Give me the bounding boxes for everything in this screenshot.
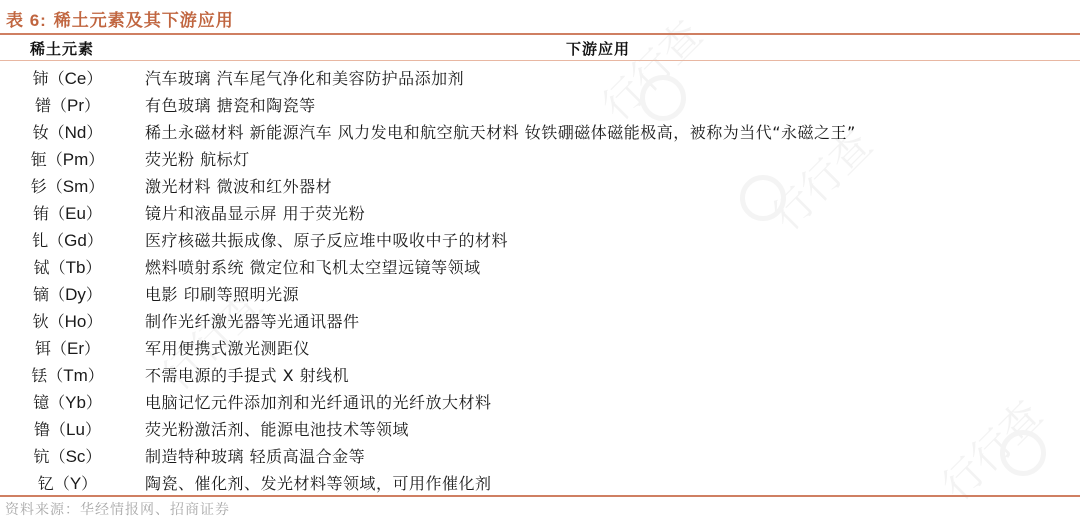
application-cell: 激光材料 微波和红外器材 [145,174,332,197]
element-name: 钕 [33,123,49,142]
paren-close: ） [85,420,101,439]
paren-open: （ [50,420,66,439]
element-name: 钬 [33,312,49,331]
paren-open: （ [49,312,65,331]
element-cell: 镥（Lu） [0,417,135,440]
paren-open: （ [54,474,70,493]
paren-open: （ [51,339,67,358]
element-cell: 钆（Gd） [0,228,135,251]
element-name: 钆 [32,231,48,250]
table-row: 铈（Ce）汽车玻璃 汽车尾气净化和美容防护品添加剂 [0,62,1080,89]
application-cell: 稀土永磁材料 新能源汽车 风力发电和航空航天材料 钕铁硼磁体磁能极高，被称为当代… [145,120,856,143]
table-row: 钐（Sm）激光材料 微波和红外器材 [0,170,1080,197]
element-cell: 铥（Tm） [0,363,135,386]
element-symbol: Pr [67,96,84,115]
table-row: 钪（Sc）制造特种玻璃 轻质高温合金等 [0,440,1080,467]
element-symbol: Tb [66,258,86,277]
element-name: 镝 [33,285,49,304]
application-cell: 镜片和液晶显示屏 用于荧光粉 [145,201,365,224]
element-symbol: Yb [65,393,86,412]
paren-close: ） [86,204,102,223]
table-row: 钷（Pm）荧光粉 航标灯 [0,143,1080,170]
paren-open: （ [47,177,63,196]
element-cell: 铈（Ce） [0,66,135,89]
paren-close: ） [86,393,102,412]
application-cell: 军用便携式激光测距仪 [145,336,310,359]
element-symbol: Ce [65,69,87,88]
paren-open: （ [49,204,65,223]
element-name: 钐 [31,177,47,196]
element-name: 铒 [35,339,51,358]
paren-close: ） [86,312,102,331]
application-cell: 电影 印刷等照明光源 [145,282,299,305]
caption-title: 稀土元素及其下游应用 [54,11,234,31]
element-symbol: Lu [66,420,85,439]
application-cell: 燃料喷射系统 微定位和飞机太空望远镜等领域 [145,255,481,278]
element-cell: 钐（Sm） [0,174,135,197]
table-caption: 表 6: 稀土元素及其下游应用 [6,6,234,31]
table-row: 镝（Dy）电影 印刷等照明光源 [0,278,1080,305]
table-row: 钬（Ho）制作光纤激光器等光通讯器件 [0,305,1080,332]
application-cell: 陶瓷、催化剂、发光材料等领域，可用作催化剂 [145,471,492,494]
table-row: 钇（Y）陶瓷、催化剂、发光材料等领域，可用作催化剂 [0,467,1080,494]
element-name: 镱 [33,393,49,412]
element-name: 铈 [33,69,49,88]
application-cell: 制作光纤激光器等光通讯器件 [145,309,360,332]
paren-close: ） [86,69,102,88]
element-symbol: Er [67,339,84,358]
paren-open: （ [51,96,67,115]
element-symbol: Nd [65,123,87,142]
paren-open: （ [47,366,63,385]
element-symbol: Sm [63,177,89,196]
table-row: 铽（Tb）燃料喷射系统 微定位和飞机太空望远镜等领域 [0,251,1080,278]
element-cell: 钬（Ho） [0,309,135,332]
paren-open: （ [49,123,65,142]
element-symbol: Dy [65,285,86,304]
paren-open: （ [49,285,65,304]
table-row: 镱（Yb）电脑记忆元件添加剂和光纤通讯的光纤放大材料 [0,386,1080,413]
application-cell: 制造特种玻璃 轻质高温合金等 [145,444,365,467]
paren-close: ） [85,447,101,466]
paren-close: ） [87,231,103,250]
header-element: 稀土元素 [30,38,94,59]
element-symbol: Gd [64,231,87,250]
element-symbol: Eu [65,204,86,223]
element-cell: 镨（Pr） [0,93,135,116]
paren-close: ） [84,96,100,115]
application-cell: 荧光粉激活剂、能源电池技术等领域 [145,417,409,440]
element-name: 钪 [34,447,50,466]
table-body: 铈（Ce）汽车玻璃 汽车尾气净化和美容防护品添加剂镨（Pr）有色玻璃 搪瓷和陶瓷… [0,62,1080,494]
table-row: 钕（Nd）稀土永磁材料 新能源汽车 风力发电和航空航天材料 钕铁硼磁体磁能极高，… [0,116,1080,143]
element-name: 铥 [31,366,47,385]
table-row: 铥（Tm）不需电源的手提式 X 射线机 [0,359,1080,386]
table-row: 钆（Gd）医疗核磁共振成像、原子反应堆中吸收中子的材料 [0,224,1080,251]
paren-close: ） [88,177,104,196]
paren-close: ） [86,285,102,304]
element-symbol: Y [70,474,81,493]
application-cell: 医疗核磁共振成像、原子反应堆中吸收中子的材料 [145,228,508,251]
element-cell: 铒（Er） [0,336,135,359]
element-name: 钇 [38,474,54,493]
paren-close: ） [84,339,100,358]
paren-close: ） [81,474,97,493]
table-row: 铕（Eu）镜片和液晶显示屏 用于荧光粉 [0,197,1080,224]
element-cell: 铽（Tb） [0,255,135,278]
element-cell: 钪（Sc） [0,444,135,467]
element-symbol: Tm [63,366,88,385]
element-cell: 钷（Pm） [0,147,135,170]
element-cell: 钇（Y） [0,471,135,494]
application-cell: 不需电源的手提式 X 射线机 [145,363,349,386]
application-cell: 荧光粉 航标灯 [145,147,250,170]
paren-open: （ [50,447,66,466]
table-top-rule [0,33,1080,35]
table-header-rule [0,60,1080,61]
element-symbol: Sc [66,447,86,466]
caption-prefix: 表 6: [6,11,47,30]
element-symbol: Ho [65,312,87,331]
paren-open: （ [48,231,64,250]
element-symbol: Pm [63,150,89,169]
element-cell: 钕（Nd） [0,120,135,143]
application-cell: 有色玻璃 搪瓷和陶瓷等 [145,93,316,116]
table-row: 铒（Er）军用便携式激光测距仪 [0,332,1080,359]
paren-close: ） [85,258,101,277]
paren-close: ） [86,123,102,142]
application-cell: 汽车玻璃 汽车尾气净化和美容防护品添加剂 [145,66,464,89]
element-name: 铽 [34,258,50,277]
table-row: 镨（Pr）有色玻璃 搪瓷和陶瓷等 [0,89,1080,116]
application-cell: 电脑记忆元件添加剂和光纤通讯的光纤放大材料 [145,390,492,413]
source-note: 资料来源：华经情报网、招商证券 [5,499,230,519]
paren-open: （ [49,69,65,88]
paren-close: ） [88,366,104,385]
header-application: 下游应用 [566,38,630,59]
element-name: 镥 [34,420,50,439]
table-bottom-rule [0,495,1080,497]
paren-open: （ [47,150,63,169]
element-cell: 镝（Dy） [0,282,135,305]
element-name: 铕 [33,204,49,223]
paren-open: （ [49,393,65,412]
element-name: 镨 [35,96,51,115]
paren-open: （ [50,258,66,277]
paren-close: ） [88,150,104,169]
table-row: 镥（Lu）荧光粉激活剂、能源电池技术等领域 [0,413,1080,440]
element-cell: 镱（Yb） [0,390,135,413]
element-cell: 铕（Eu） [0,201,135,224]
element-name: 钷 [31,150,47,169]
